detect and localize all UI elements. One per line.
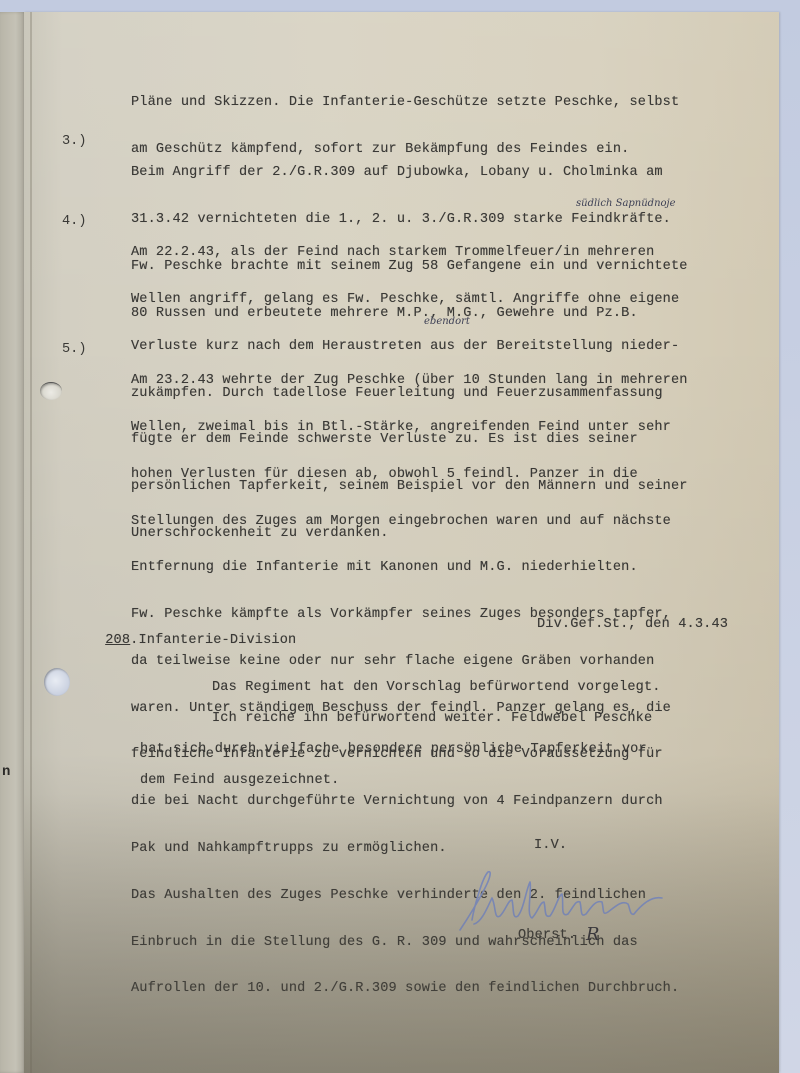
handwritten-note: südlich Sapnüdnoje <box>576 198 676 209</box>
division-header: 208.Infanterie-Division <box>72 617 296 664</box>
iv-label: I.V. <box>534 838 567 854</box>
document-page: Pläne und Skizzen. Die Infanterie-Geschü… <box>24 12 779 1073</box>
page-fold <box>30 12 32 1073</box>
margin-fragment: n <box>2 764 10 780</box>
handwritten-note: ebendort <box>424 316 470 327</box>
endorsement-line-4: dem Feind ausgezeichnet. <box>140 773 339 789</box>
division-number: 208 <box>105 633 130 648</box>
endorsement-line-3: hat sich durch vielfache besondere persö… <box>140 742 647 758</box>
rank-label: Oberst. <box>518 928 576 944</box>
endorsement-line-1: Das Regiment hat den Vorschlag befürwort… <box>212 680 661 696</box>
paragraph-number: 3.) <box>62 134 86 149</box>
endorsement-line-2: Ich reiche ihn befürwortend weiter. Feld… <box>212 711 652 727</box>
punch-hole <box>40 382 62 400</box>
punch-hole <box>44 668 70 696</box>
paragraph-number: 4.) <box>62 214 86 229</box>
location-date: Div.Gef.St., den 4.3.43 <box>537 617 728 633</box>
underlying-page: n <box>0 12 26 1073</box>
division-name: .Infanterie-Division <box>130 633 296 648</box>
paragraph-number: 5.) <box>62 342 86 357</box>
handwritten-initial: R <box>586 924 600 945</box>
